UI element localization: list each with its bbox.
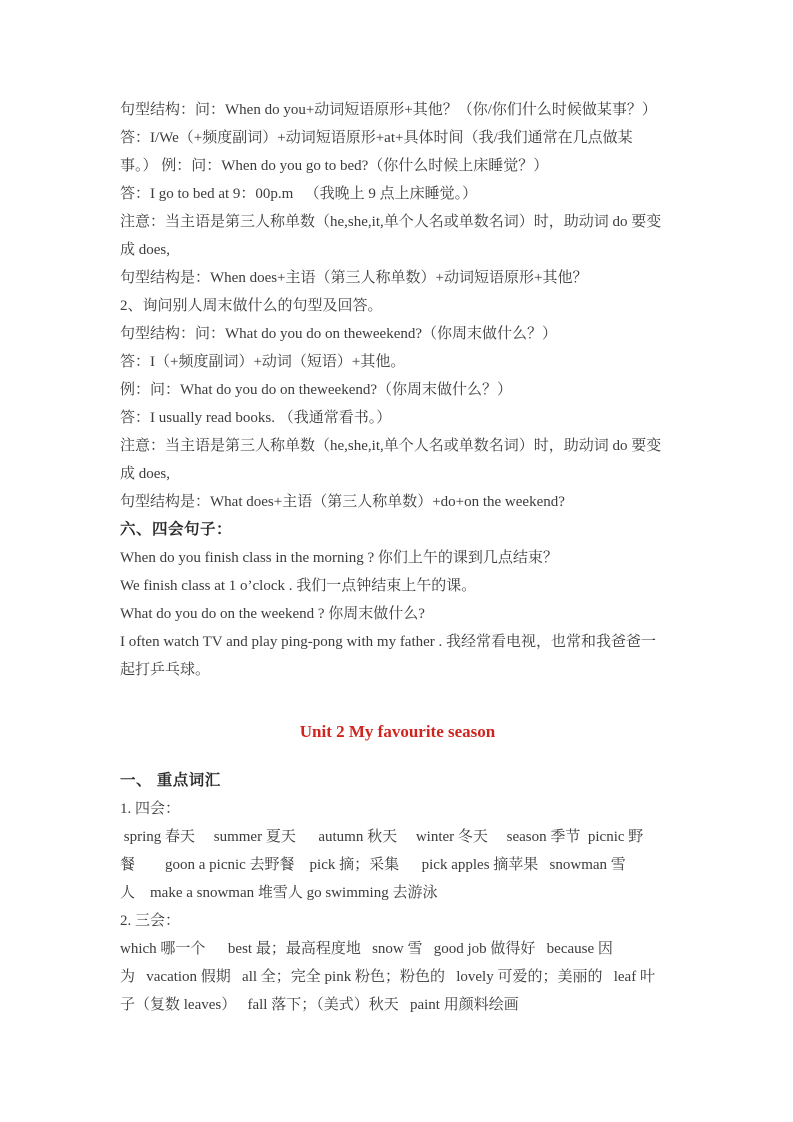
- text-line: When do you finish class in the morning …: [120, 544, 675, 572]
- text-line: 句型结构是：What does+主语（第三人称单数）+do+on the wee…: [120, 488, 675, 516]
- text-line: 答：I（+频度副词）+动词（短语）+其他。: [120, 348, 675, 376]
- text-line: We finish class at 1 o’clock . 我们一点钟结束上午…: [120, 572, 675, 600]
- text-line: which 哪一个 best 最；最高程度地 snow 雪 good job 做…: [120, 935, 675, 963]
- text-line: 答：I usually read books. （我通常看书。）: [120, 404, 675, 432]
- text-line: 句型结构是：When does+主语（第三人称单数）+动词短语原形+其他？: [120, 264, 675, 292]
- section-heading: 一、 重点词汇: [120, 767, 675, 795]
- text-line: 成 does,: [120, 236, 675, 264]
- text-line: 为 vacation 假期 all 全；完全 pink 粉色；粉色的 lovel…: [120, 963, 675, 991]
- text-line: 起打乒乓球。: [120, 656, 675, 684]
- text-line: 事。） 例：问：When do you go to bed?（你什么时候上床睡觉…: [120, 152, 675, 180]
- text-line: 例：问：What do you do on theweekend?（你周末做什么…: [120, 376, 675, 404]
- text-line: 注意：当主语是第三人称单数（he,she,it,单个人名或单数名词）时，助动词 …: [120, 432, 675, 460]
- unit-title: Unit 2 My favourite season: [120, 718, 675, 746]
- text-line: 成 does,: [120, 460, 675, 488]
- text-line: spring 春天 summer 夏天 autumn 秋天 winter 冬天 …: [120, 823, 675, 851]
- document-page: 句型结构：问：When do you+动词短语原形+其他？（你/你们什么时候做某…: [0, 0, 793, 1122]
- text-line: 人 make a snowman 堆雪人 go swimming 去游泳: [120, 879, 675, 907]
- text-line: 2、询问别人周末做什么的句型及回答。: [120, 292, 675, 320]
- text-line: 句型结构：问：What do you do on theweekend?（你周末…: [120, 320, 675, 348]
- text-line: 1. 四会：: [120, 795, 675, 823]
- text-line: 餐 goon a picnic 去野餐 pick 摘；采集 pick apple…: [120, 851, 675, 879]
- text-line: 子（复数 leaves） fall 落下；（美式）秋天 paint 用颜料绘画: [120, 991, 675, 1019]
- text-line: 2. 三会：: [120, 907, 675, 935]
- text-line: 答：I go to bed at 9：00p.m （我晚上 9 点上床睡觉。）: [120, 180, 675, 208]
- document-content: 句型结构：问：When do you+动词短语原形+其他？（你/你们什么时候做某…: [120, 96, 675, 1019]
- text-line: What do you do on the weekend ? 你周末做什么?: [120, 600, 675, 628]
- text-line: I often watch TV and play ping-pong with…: [120, 628, 675, 656]
- section-heading: 六、四会句子：: [120, 516, 675, 544]
- text-line: 答：I/We（+频度副词）+动词短语原形+at+具体时间（我/我们通常在几点做某: [120, 124, 675, 152]
- text-line: 句型结构：问：When do you+动词短语原形+其他？（你/你们什么时候做某…: [120, 96, 675, 124]
- text-line: 注意：当主语是第三人称单数（he,she,it,单个人名或单数名词）时，助动词 …: [120, 208, 675, 236]
